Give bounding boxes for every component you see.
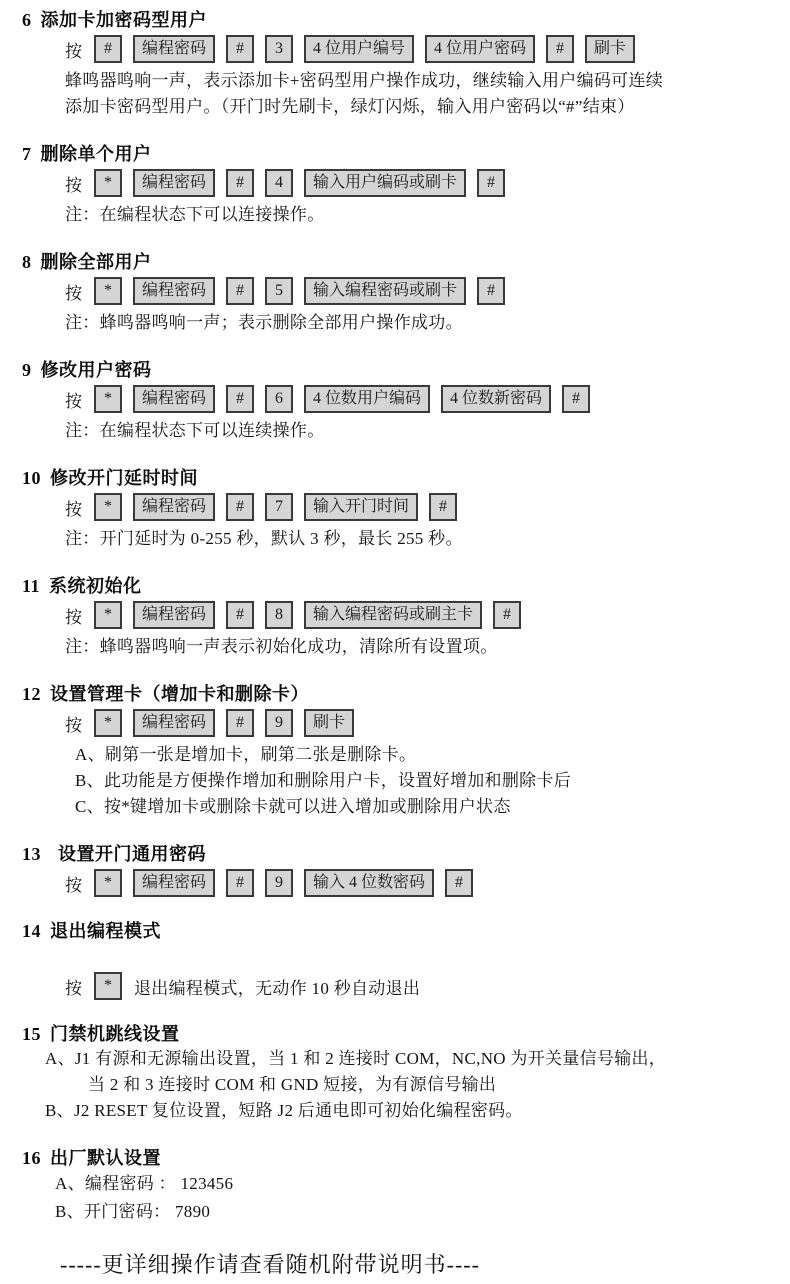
section-heading-text: 退出编程模式: [50, 921, 161, 941]
section-heading-text: 修改用户密码: [41, 360, 152, 380]
section-15: 15门禁机跳线设置A、J1 有源和无源输出设置，当 1 和 2 连接时 COM，…: [22, 1022, 778, 1124]
body-line: 注：开门延时为 0-255 秒，默认 3 秒，最长 255 秒。: [65, 526, 778, 552]
body-line: A、编程密码 ： 123456: [55, 1170, 778, 1198]
keypad-key: 输入开门时间: [304, 493, 418, 521]
keypad-key: 刷卡: [304, 709, 354, 737]
press-label: 按: [65, 279, 82, 304]
keypad-key: *: [94, 601, 122, 629]
section-title: 14退出编程模式: [22, 919, 778, 943]
keypad-key: *: [94, 277, 122, 305]
keypad-key: 刷卡: [585, 35, 635, 63]
keypad-key: #: [226, 35, 254, 63]
keypad-key: 编程密码: [133, 35, 215, 63]
key-sequence-row: 按*编程密码#9输入 4 位数密码#: [65, 869, 778, 897]
section-heading-text: 系统初始化: [49, 576, 142, 596]
section-title: 16出厂默认设置: [22, 1146, 778, 1170]
keypad-key: #: [94, 35, 122, 63]
keypad-key: *: [94, 493, 122, 521]
section-12: 12设置管理卡（增加卡和删除卡）按*编程密码#9刷卡A、刷第一张是增加卡，刷第二…: [22, 682, 778, 820]
key-sequence-row: 按*编程密码#9刷卡: [65, 709, 778, 737]
section-heading-text: 修改开门延时时间: [50, 468, 198, 488]
section-number: 12: [22, 684, 41, 704]
section-number: 6: [22, 10, 32, 30]
press-label: 按: [65, 603, 82, 628]
keypad-key: 编程密码: [133, 869, 215, 897]
keypad-key: #: [226, 869, 254, 897]
keypad-key: #: [493, 601, 521, 629]
keypad-key: 编程密码: [133, 493, 215, 521]
body-line: 当 2 和 3 连接时 COM 和 GND 短接，为有源信号输出: [88, 1072, 778, 1098]
key-sequence-row: 按*编程密码#64 位数用户编码4 位数新密码#: [65, 385, 778, 413]
keypad-key: 9: [265, 869, 293, 897]
section-14: 14退出编程模式按*退出编程模式，无动作 10 秒自动退出: [22, 919, 778, 1000]
keypad-key: *: [94, 169, 122, 197]
section-title: 10修改开门延时时间: [22, 466, 778, 490]
spacer: [22, 943, 778, 969]
keypad-key: #: [226, 385, 254, 413]
keypad-key: 4 位数新密码: [441, 385, 551, 413]
body-line: A、J1 有源和无源输出设置，当 1 和 2 连接时 COM，NC,NO 为开关…: [45, 1046, 778, 1072]
press-label: 按: [65, 171, 82, 196]
keypad-key: #: [429, 493, 457, 521]
keypad-key: 8: [265, 601, 293, 629]
section-number: 16: [22, 1148, 41, 1168]
key-row-trailing-text: 退出编程模式，无动作 10 秒自动退出: [134, 974, 420, 999]
keypad-key: #: [546, 35, 574, 63]
section-10: 10修改开门延时时间按*编程密码#7输入开门时间#注：开门延时为 0-255 秒…: [22, 466, 778, 552]
keypad-key: 输入编程密码或刷卡: [304, 277, 466, 305]
keypad-key: 编程密码: [133, 709, 215, 737]
body-line: 注：蜂鸣器鸣响一声表示初始化成功，清除所有设置项。: [65, 634, 778, 660]
section-7: 7删除单个用户按*编程密码#4输入用户编码或刷卡#注：在编程状态下可以连接操作。: [22, 142, 778, 228]
keypad-key: 编程密码: [133, 601, 215, 629]
section-8: 8删除全部用户按*编程密码#5输入编程密码或刷卡#注：蜂鸣器鸣响一声；表示删除全…: [22, 250, 778, 336]
keypad-key: 编程密码: [133, 277, 215, 305]
section-13: 13设置开门通用密码按*编程密码#9输入 4 位数密码#: [22, 842, 778, 897]
keypad-key: 4: [265, 169, 293, 197]
keypad-key: 4 位数用户编码: [304, 385, 430, 413]
key-sequence-row: 按*编程密码#4输入用户编码或刷卡#: [65, 169, 778, 197]
section-heading-text: 设置管理卡（增加卡和删除卡）: [50, 684, 309, 704]
keypad-key: 输入编程密码或刷主卡: [304, 601, 482, 629]
keypad-key: 4 位用户密码: [425, 35, 535, 63]
keypad-key: 编程密码: [133, 385, 215, 413]
keypad-key: #: [226, 601, 254, 629]
section-number: 11: [22, 576, 40, 596]
press-label: 按: [65, 974, 82, 999]
body-line: C、按*键增加卡或删除卡就可以进入增加或删除用户状态: [75, 794, 778, 820]
section-number: 8: [22, 252, 32, 272]
keypad-key: 7: [265, 493, 293, 521]
keypad-key: #: [562, 385, 590, 413]
section-heading-text: 删除全部用户: [41, 252, 152, 272]
keypad-key: 4 位用户编号: [304, 35, 414, 63]
body-line: 蜂鸣器鸣响一声，表示添加卡+密码型用户操作成功，继续输入用户编码可连续: [65, 68, 778, 94]
section-6: 6添加卡加密码型用户按#编程密码#34 位用户编号4 位用户密码#刷卡蜂鸣器鸣响…: [22, 8, 778, 120]
keypad-key: *: [94, 972, 122, 1000]
keypad-key: *: [94, 385, 122, 413]
section-number: 9: [22, 360, 32, 380]
keypad-key: #: [226, 493, 254, 521]
section-title: 6添加卡加密码型用户: [22, 8, 778, 32]
keypad-key: 输入 4 位数密码: [304, 869, 434, 897]
key-sequence-row: 按*退出编程模式，无动作 10 秒自动退出: [65, 972, 778, 1000]
section-title: 15门禁机跳线设置: [22, 1022, 778, 1046]
press-label: 按: [65, 711, 82, 736]
keypad-key: #: [226, 709, 254, 737]
keypad-key: #: [445, 869, 473, 897]
body-line: B、J2 RESET 复位设置，短路 J2 后通电即可初始化编程密码。: [45, 1098, 778, 1124]
keypad-key: #: [226, 169, 254, 197]
section-number: 7: [22, 144, 32, 164]
keypad-key: *: [94, 709, 122, 737]
keypad-key: *: [94, 869, 122, 897]
body-line: 注：在编程状态下可以连续操作。: [65, 418, 778, 444]
press-label: 按: [65, 495, 82, 520]
press-label: 按: [65, 37, 82, 62]
document-page: 6添加卡加密码型用户按#编程密码#34 位用户编号4 位用户密码#刷卡蜂鸣器鸣响…: [22, 8, 778, 1226]
section-number: 10: [22, 468, 41, 488]
section-heading-text: 门禁机跳线设置: [50, 1024, 180, 1044]
section-heading-text: 设置开门通用密码: [58, 844, 206, 864]
key-sequence-row: 按*编程密码#7输入开门时间#: [65, 493, 778, 521]
key-sequence-row: 按*编程密码#8输入编程密码或刷主卡#: [65, 601, 778, 629]
keypad-key: 编程密码: [133, 169, 215, 197]
section-heading-text: 添加卡加密码型用户: [41, 10, 208, 30]
body-line: 注：蜂鸣器鸣响一声；表示删除全部用户操作成功。: [65, 310, 778, 336]
body-line: B、此功能是方便操作增加和删除用户卡，设置好增加和删除卡后: [75, 768, 778, 794]
section-heading-text: 出厂默认设置: [50, 1148, 161, 1168]
keypad-key: #: [477, 169, 505, 197]
body-line: A、刷第一张是增加卡，刷第二张是删除卡。: [75, 742, 778, 768]
keypad-key: 6: [265, 385, 293, 413]
section-number: 15: [22, 1024, 41, 1044]
key-sequence-row: 按#编程密码#34 位用户编号4 位用户密码#刷卡: [65, 35, 778, 63]
body-line: 注：在编程状态下可以连接操作。: [65, 202, 778, 228]
section-9: 9修改用户密码按*编程密码#64 位数用户编码4 位数新密码#注：在编程状态下可…: [22, 358, 778, 444]
section-16: 16出厂默认设置A、编程密码 ： 123456B、开门密码： 7890: [22, 1146, 778, 1226]
section-title: 9修改用户密码: [22, 358, 778, 382]
footer-note: -----更详细操作请查看随机附带说明书----: [60, 1248, 778, 1279]
section-number: 13: [22, 844, 41, 864]
section-heading-text: 删除单个用户: [41, 144, 152, 164]
body-line: B、开门密码： 7890: [55, 1198, 778, 1226]
keypad-key: 3: [265, 35, 293, 63]
key-sequence-row: 按*编程密码#5输入编程密码或刷卡#: [65, 277, 778, 305]
section-title: 8删除全部用户: [22, 250, 778, 274]
section-title: 11系统初始化: [22, 574, 778, 598]
section-title: 7删除单个用户: [22, 142, 778, 166]
keypad-key: 5: [265, 277, 293, 305]
keypad-key: 9: [265, 709, 293, 737]
section-title: 12设置管理卡（增加卡和删除卡）: [22, 682, 778, 706]
keypad-key: #: [477, 277, 505, 305]
section-11: 11系统初始化按*编程密码#8输入编程密码或刷主卡#注：蜂鸣器鸣响一声表示初始化…: [22, 574, 778, 660]
press-label: 按: [65, 871, 82, 896]
section-title: 13设置开门通用密码: [22, 842, 778, 866]
body-line: 添加卡密码型用户。（开门时先刷卡，绿灯闪烁，输入用户密码以“#”结束）: [65, 94, 778, 120]
keypad-key: #: [226, 277, 254, 305]
press-label: 按: [65, 387, 82, 412]
section-number: 14: [22, 921, 41, 941]
keypad-key: 输入用户编码或刷卡: [304, 169, 466, 197]
